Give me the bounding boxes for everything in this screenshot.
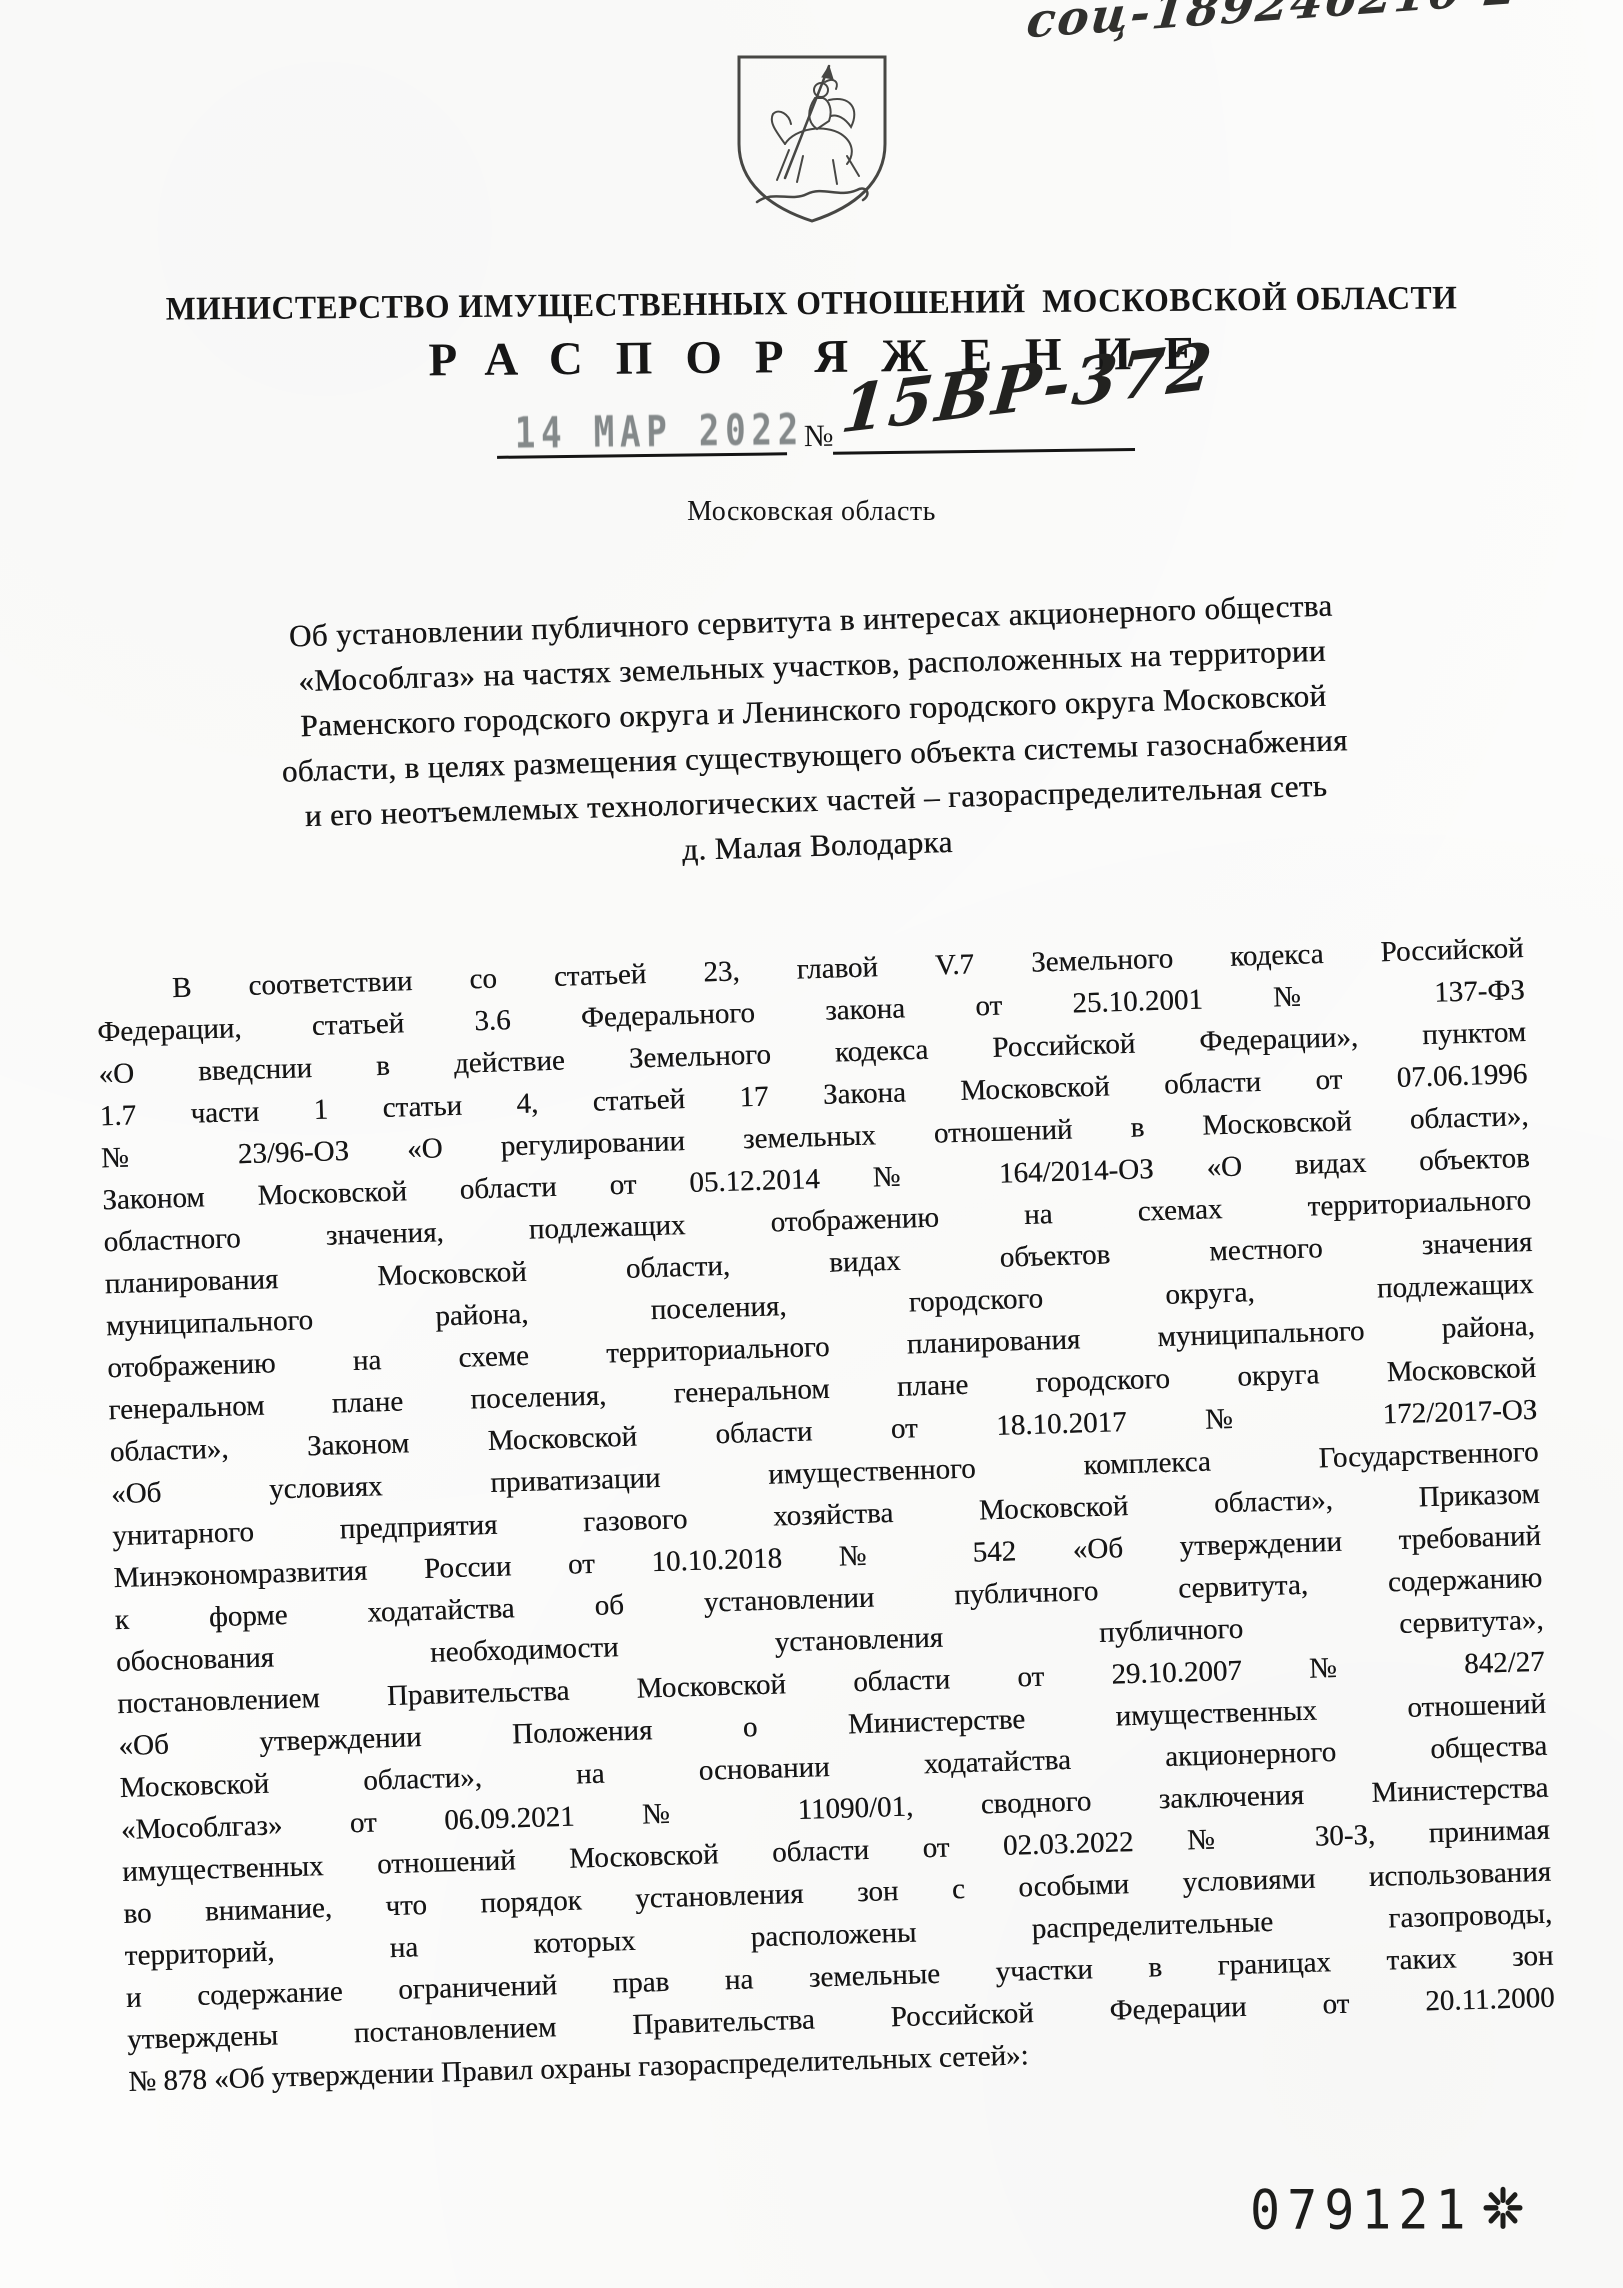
document-page: соц-189246210-2 МИНИСТЕРСТВО ИМУЩЕСТВЕНН…	[0, 0, 1623, 2288]
date-stamp: 14 МАР 2022	[514, 406, 804, 458]
body-text-block: В соответствии со статьей 23, главой V.7…	[95, 927, 1556, 2103]
page-counter-number: 079121	[1250, 2179, 1473, 2242]
place-line: Московская область	[0, 496, 1623, 528]
page-counter: 079121	[1250, 2178, 1523, 2243]
asterisk-icon	[1483, 2180, 1523, 2243]
number-sign: №	[804, 418, 834, 454]
handwritten-case-number: соц-189246210-2	[1024, 0, 1549, 50]
subject-block: Об установлении публичного сервитута в и…	[94, 577, 1533, 889]
document-type-title: РАСПОРЯЖЕНИЕ	[0, 323, 1623, 391]
coat-of-arms-icon	[733, 52, 891, 227]
ministry-title: МИНИСТЕРСТВО ИМУЩЕСТВЕННЫХ ОТНОШЕНИЙ МОС…	[32, 279, 1590, 330]
number-underline	[833, 448, 1135, 455]
